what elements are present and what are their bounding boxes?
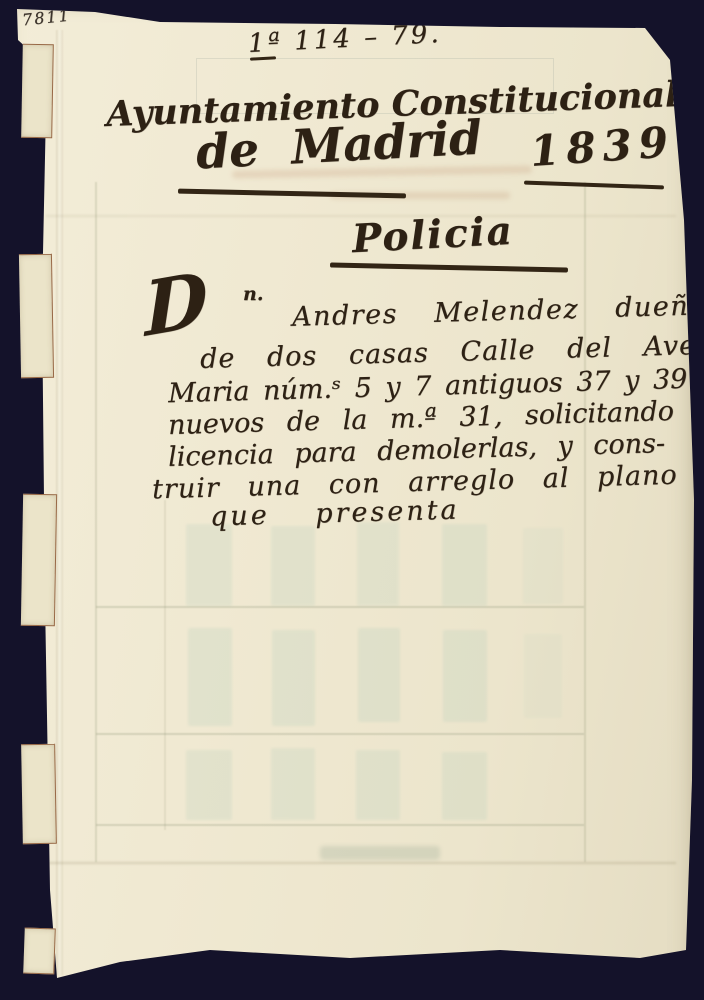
horizontal-fold-crease (46, 862, 676, 864)
bleedthrough-window (271, 748, 315, 820)
section-underline (330, 263, 568, 273)
bleedthrough-plan-line (164, 500, 166, 830)
binding-stub (19, 254, 54, 379)
bleedthrough-window (188, 628, 232, 726)
file-reference: 1ª 114 – 79. (247, 19, 442, 59)
bleedthrough-floor-line (96, 733, 584, 735)
bleedthrough-window (272, 630, 315, 726)
binding-stub (21, 494, 57, 627)
manuscript-scan: 7811 1ª 114 – 79. Ayuntamiento Constituc… (0, 0, 704, 1000)
year-label: 1839 (528, 117, 676, 176)
binding-stub (21, 744, 57, 845)
bleedthrough-floor-line (96, 824, 584, 826)
petition-line: Andres Melendez dueño (292, 290, 704, 333)
binding-stub (23, 927, 56, 974)
petition-initial-letter: D (143, 256, 209, 354)
bleedthrough-window (186, 524, 232, 606)
bleedthrough-number (320, 846, 440, 860)
bleedthrough-window (443, 630, 487, 722)
petition-line: que presenta (210, 495, 460, 533)
bleedthrough-floor-line (96, 606, 584, 608)
section-title: Policia (351, 208, 515, 262)
bleedthrough-window (442, 524, 487, 606)
bleedthrough-window (357, 522, 399, 606)
bleedthrough-window (442, 752, 487, 820)
bleedthrough-window (358, 628, 400, 722)
bleedthrough-window (356, 750, 400, 820)
bleedthrough-window (523, 528, 563, 604)
bleedthrough-plan-border (95, 182, 97, 862)
bleedthrough-window (186, 750, 232, 820)
bleedthrough-window (271, 526, 315, 606)
city-underline (178, 189, 406, 199)
bleedthrough-plan-border (584, 182, 586, 862)
year-underline (524, 181, 664, 190)
binding-stub (21, 44, 54, 139)
paper-sheet: 7811 1ª 114 – 79. Ayuntamiento Constituc… (0, 0, 704, 1000)
archive-number: 7811 (21, 6, 71, 30)
petition-initial-superscript: n. (243, 283, 263, 305)
spine-fold-crease (56, 30, 63, 975)
bleedthrough-window (524, 634, 562, 718)
